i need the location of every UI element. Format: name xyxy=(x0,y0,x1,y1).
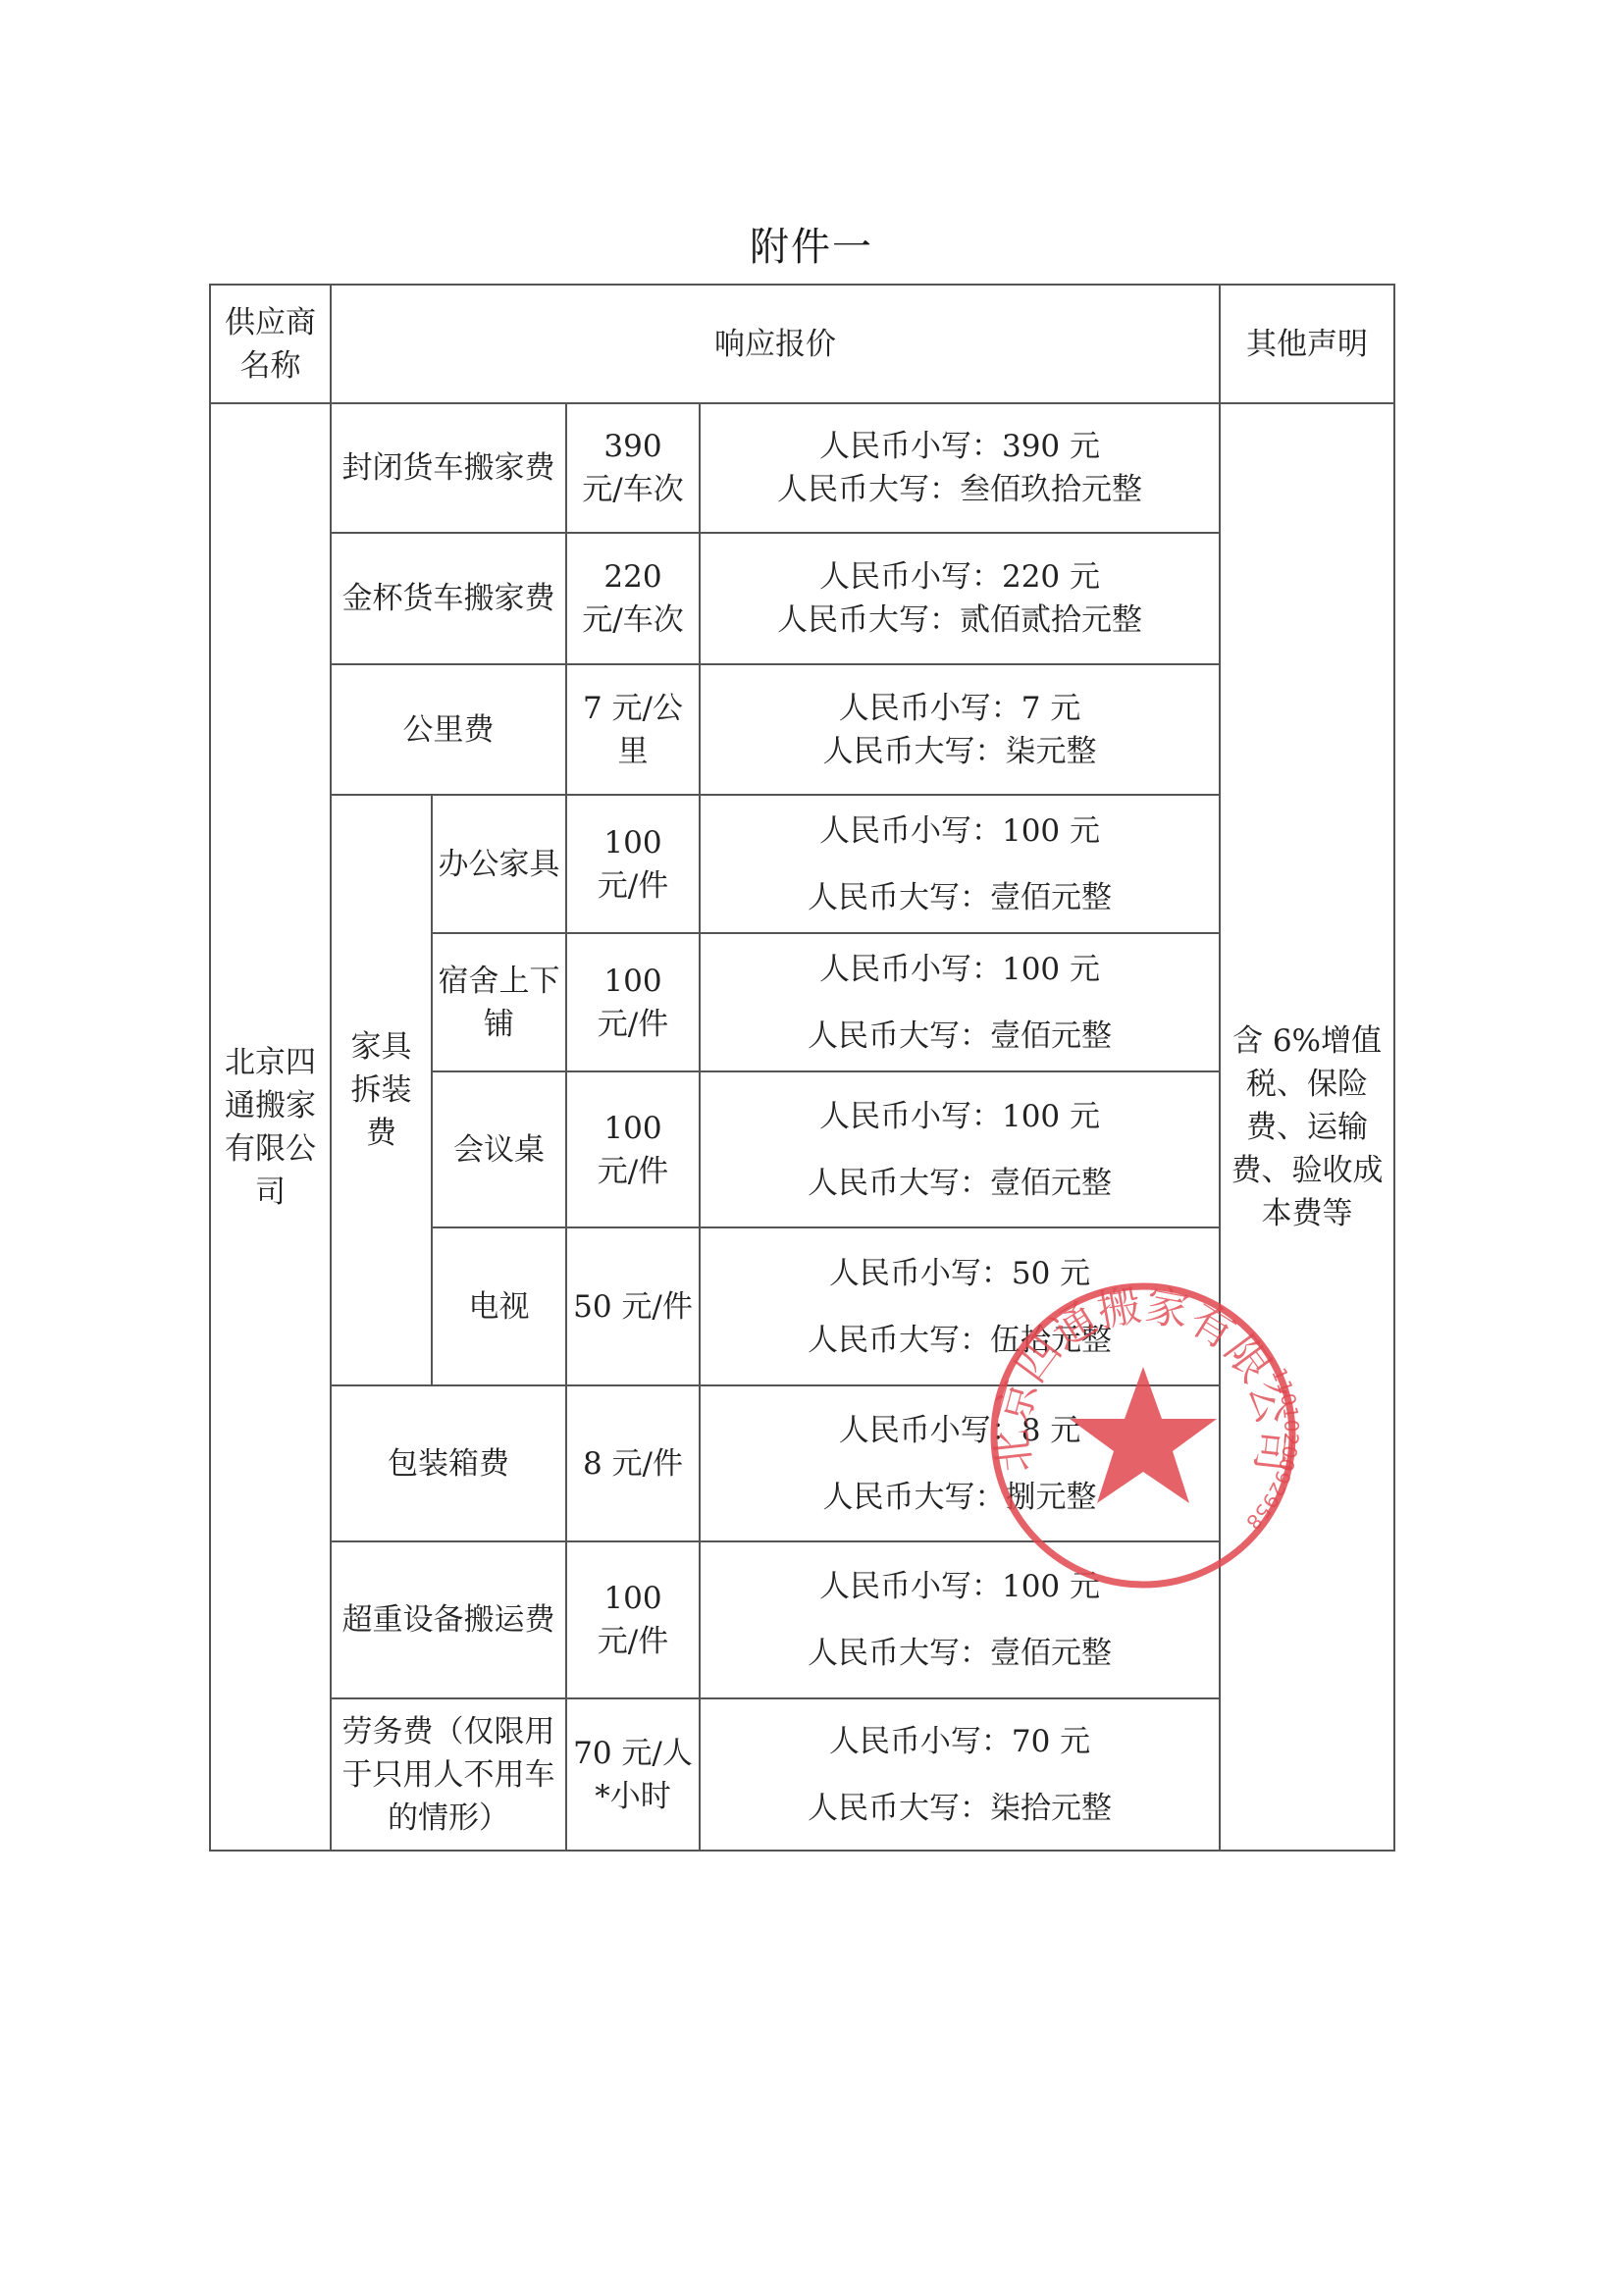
amount-lower: 人民币小写：100 元 xyxy=(819,1095,1100,1138)
amount-upper: 人民币大写：捌元整 xyxy=(823,1476,1097,1519)
amount-cell: 人民币小写：100 元 人民币大写：壹佰元整 xyxy=(699,1540,1221,1699)
amount-lower: 人民币小写：8 元 xyxy=(839,1409,1081,1452)
amount-upper: 人民币大写：壹佰元整 xyxy=(808,1632,1112,1675)
header-supplier: 供应商名称 xyxy=(209,284,332,404)
unit-price: 220 元/车次 xyxy=(565,532,701,665)
amount-upper: 人民币大写：壹佰元整 xyxy=(808,1162,1112,1205)
supplier-name: 北京四通搬家有限公司 xyxy=(209,402,332,1852)
item-name: 超重设备搬运费 xyxy=(330,1540,567,1699)
item-name: 包装箱费 xyxy=(330,1384,567,1542)
amount-cell: 人民币小写：7 元 人民币大写：柒元整 xyxy=(699,663,1221,796)
amount-cell: 人民币小写：390 元 人民币大写：叁佰玖拾元整 xyxy=(699,402,1221,534)
amount-lower: 人民币小写：100 元 xyxy=(819,1565,1100,1608)
header-quote: 响应报价 xyxy=(330,284,1221,404)
amount-cell: 人民币小写：100 元 人民币大写：壹佰元整 xyxy=(699,794,1221,934)
header-notes: 其他声明 xyxy=(1219,284,1395,404)
amount-upper: 人民币大写：伍拾元整 xyxy=(808,1319,1112,1362)
amount-cell: 人民币小写：100 元 人民币大写：壹佰元整 xyxy=(699,932,1221,1072)
item-name: 电视 xyxy=(431,1226,567,1386)
unit-price: 7 元/公里 xyxy=(565,663,701,796)
item-name: 金杯货车搬家费 xyxy=(330,532,567,665)
amount-upper: 人民币大写：壹佰元整 xyxy=(808,1015,1112,1058)
unit-price: 70 元/人*小时 xyxy=(565,1697,701,1852)
amount-lower: 人民币小写：390 元 xyxy=(819,425,1100,468)
item-name: 公里费 xyxy=(330,663,567,796)
document-title: 附件一 xyxy=(0,216,1623,272)
unit-price: 100 元/件 xyxy=(565,932,701,1072)
other-statement: 含 6%增值税、保险费、运输费、验收成本费等 xyxy=(1219,402,1395,1852)
amount-upper: 人民币大写：壹佰元整 xyxy=(808,876,1112,919)
item-name: 办公家具 xyxy=(431,794,567,934)
amount-lower: 人民币小写：220 元 xyxy=(819,555,1100,599)
unit-price: 8 元/件 xyxy=(565,1384,701,1542)
amount-lower: 人民币小写：70 元 xyxy=(829,1720,1090,1763)
amount-lower: 人民币小写：50 元 xyxy=(829,1252,1090,1295)
amount-lower: 人民币小写：7 元 xyxy=(839,687,1081,730)
amount-upper: 人民币大写：柒元整 xyxy=(823,730,1097,773)
amount-cell: 人民币小写：8 元 人民币大写：捌元整 xyxy=(699,1384,1221,1542)
amount-lower: 人民币小写：100 元 xyxy=(819,809,1100,853)
amount-lower: 人民币小写：100 元 xyxy=(819,948,1100,991)
unit-price: 100 元/件 xyxy=(565,1540,701,1699)
unit-price: 100 元/件 xyxy=(565,1070,701,1228)
unit-price: 50 元/件 xyxy=(565,1226,701,1386)
item-name: 封闭货车搬家费 xyxy=(330,402,567,534)
item-name: 宿舍上下铺 xyxy=(431,932,567,1072)
item-name: 劳务费（仅限用于只用人不用车的情形） xyxy=(330,1697,567,1852)
amount-upper: 人民币大写：叁佰玖拾元整 xyxy=(777,468,1142,511)
amount-upper: 人民币大写：柒拾元整 xyxy=(808,1787,1112,1830)
amount-upper: 人民币大写：贰佰贰拾元整 xyxy=(777,599,1142,642)
amount-cell: 人民币小写：100 元 人民币大写：壹佰元整 xyxy=(699,1070,1221,1228)
unit-price: 100 元/件 xyxy=(565,794,701,934)
amount-cell: 人民币小写：70 元 人民币大写：柒拾元整 xyxy=(699,1697,1221,1852)
item-name: 会议桌 xyxy=(431,1070,567,1228)
unit-price: 390 元/车次 xyxy=(565,402,701,534)
amount-cell: 人民币小写：50 元 人民币大写：伍拾元整 xyxy=(699,1226,1221,1386)
amount-cell: 人民币小写：220 元 人民币大写：贰佰贰拾元整 xyxy=(699,532,1221,665)
furniture-group-label: 家具拆装费 xyxy=(330,794,433,1386)
quote-table: 供应商名称 响应报价 其他声明 北京四通搬家有限公司 含 6%增值税、保险费、运… xyxy=(209,284,1395,1852)
